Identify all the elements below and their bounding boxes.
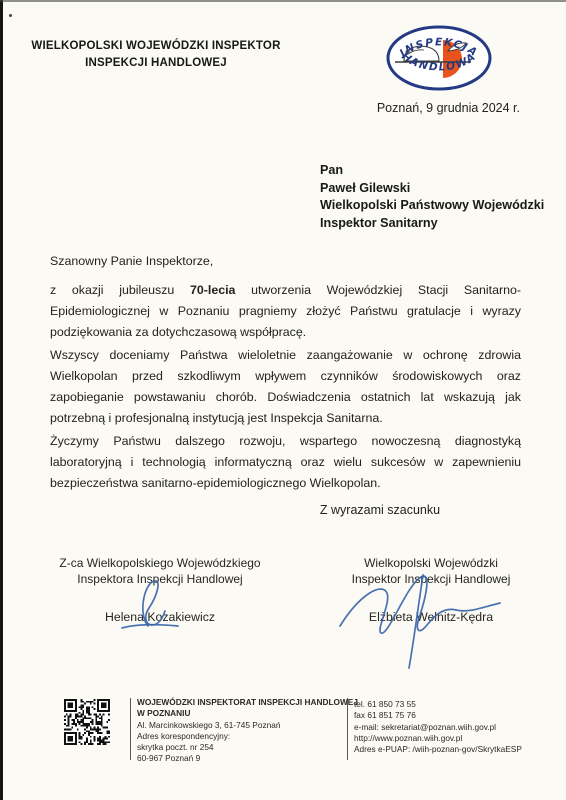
paragraph-1: z okazji jubileuszu 70-lecia utworzenia …	[50, 280, 521, 343]
scan-edge-top	[0, 0, 566, 2]
sender-header: WIELKOPOLSKI WOJEWÓDZKI INSPEKTOR INSPEK…	[28, 38, 284, 72]
footer-address-line: skrytka poczt. nr 254	[137, 742, 343, 753]
addressee-salutation: Pan	[320, 162, 544, 180]
footer-epuap: Adres e-PUAP: /wiih-poznan-gov/SkrytkaES…	[354, 744, 566, 755]
greeting: Szanowny Panie Inspektorze,	[50, 251, 521, 272]
footer-website: http://www.poznan.wiih.gov.pl	[354, 733, 566, 744]
footer-email: e-mail: sekretariat@poznan.wiih.gov.pl	[354, 722, 566, 733]
footer-phone: tel. 61 850 73 55	[354, 699, 566, 710]
right-signer-name: Elżbieta Welnitz-Kędra	[320, 610, 542, 626]
addressee-title-line1: Wielkopolski Państwowy Wojewódzki	[320, 197, 544, 215]
footer-address-line: Adres korespondencyjny:	[137, 731, 343, 742]
footer-divider-1	[130, 698, 131, 760]
footer-divider-2	[347, 698, 348, 760]
qr-code	[64, 699, 110, 745]
scan-speck	[9, 14, 12, 17]
p1-pre: z okazji jubileuszu	[50, 283, 190, 297]
signature-block-right: Wielkopolski Wojewódzki Inspektor Inspek…	[320, 556, 542, 626]
scan-edge-left	[0, 0, 3, 800]
footer-fax: fax 61 851 75 76	[354, 710, 566, 721]
p1-anniversary-bold: 70-lecia	[190, 283, 235, 297]
footer-address-line: 60-967 Poznań 9	[137, 753, 343, 764]
addressee-block: Pan Paweł Gilewski Wielkopolski Państwow…	[320, 162, 544, 232]
left-signer-name: Helena Kozakiewicz	[30, 610, 290, 626]
dateline: Poznań, 9 grudnia 2024 r.	[377, 101, 520, 115]
left-signer-title-line2: Inspektora Inspekcji Handlowej	[30, 572, 290, 588]
paragraph-3: Życzymy Państwu dalszego rozwoju, wspart…	[50, 431, 521, 494]
letter-body: Szanowny Panie Inspektorze, z okazji jub…	[50, 251, 521, 496]
letter-page: WIELKOPOLSKI WOJEWÓDZKI INSPEKTOR INSPEK…	[0, 0, 566, 800]
closing-phrase: Z wyrazami szacunku	[300, 503, 460, 517]
footer-address-line: Al. Marcinkowskiego 3, 61-745 Poznań	[137, 720, 343, 731]
footer-contact-block: tel. 61 850 73 55 fax 61 851 75 76 e-mai…	[354, 699, 566, 755]
footer-org-block: WOJEWÓDZKI INSPEKTORAT INSPEKCJI HANDLOW…	[137, 697, 343, 765]
sender-line2: INSPEKCJI HANDLOWEJ	[28, 55, 284, 72]
footer-org-name-line2: W POZNANIU	[137, 708, 343, 719]
right-signer-title-line2: Inspektor Inspekcji Handlowej	[320, 572, 542, 588]
sender-line1: WIELKOPOLSKI WOJEWÓDZKI INSPEKTOR	[28, 38, 284, 55]
footer-org-name-line1: WOJEWÓDZKI INSPEKTORAT INSPEKCJI HANDLOW…	[137, 697, 343, 708]
right-signer-title-line1: Wielkopolski Wojewódzki	[320, 556, 542, 572]
addressee-name: Paweł Gilewski	[320, 180, 544, 198]
signature-block-left: Z-ca Wielkopolskiego Wojewódzkiego Inspe…	[30, 556, 290, 626]
left-signer-title-line1: Z-ca Wielkopolskiego Wojewódzkiego	[30, 556, 290, 572]
paragraph-2: Wszyscy doceniamy Państwa wieloletnie za…	[50, 345, 521, 429]
trade-inspection-logo-icon: INSPEKCJA HANDLOWA	[386, 25, 492, 91]
addressee-title-line2: Inspektor Sanitarny	[320, 215, 544, 233]
